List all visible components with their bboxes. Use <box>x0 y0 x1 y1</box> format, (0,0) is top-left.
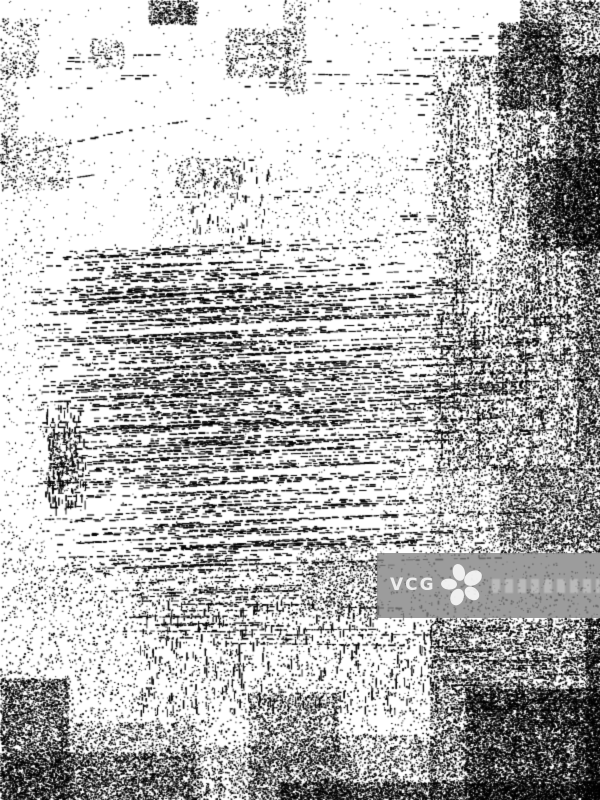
vcg-watermark: VCG <box>377 553 600 618</box>
vcg-watermark-label: VCG <box>390 577 436 594</box>
vcg-watermark-faint-text <box>492 579 600 593</box>
vcg-flower-logo-icon <box>440 561 484 611</box>
grunge-texture-image: VCG <box>0 0 600 800</box>
grunge-texture-canvas <box>0 0 600 800</box>
